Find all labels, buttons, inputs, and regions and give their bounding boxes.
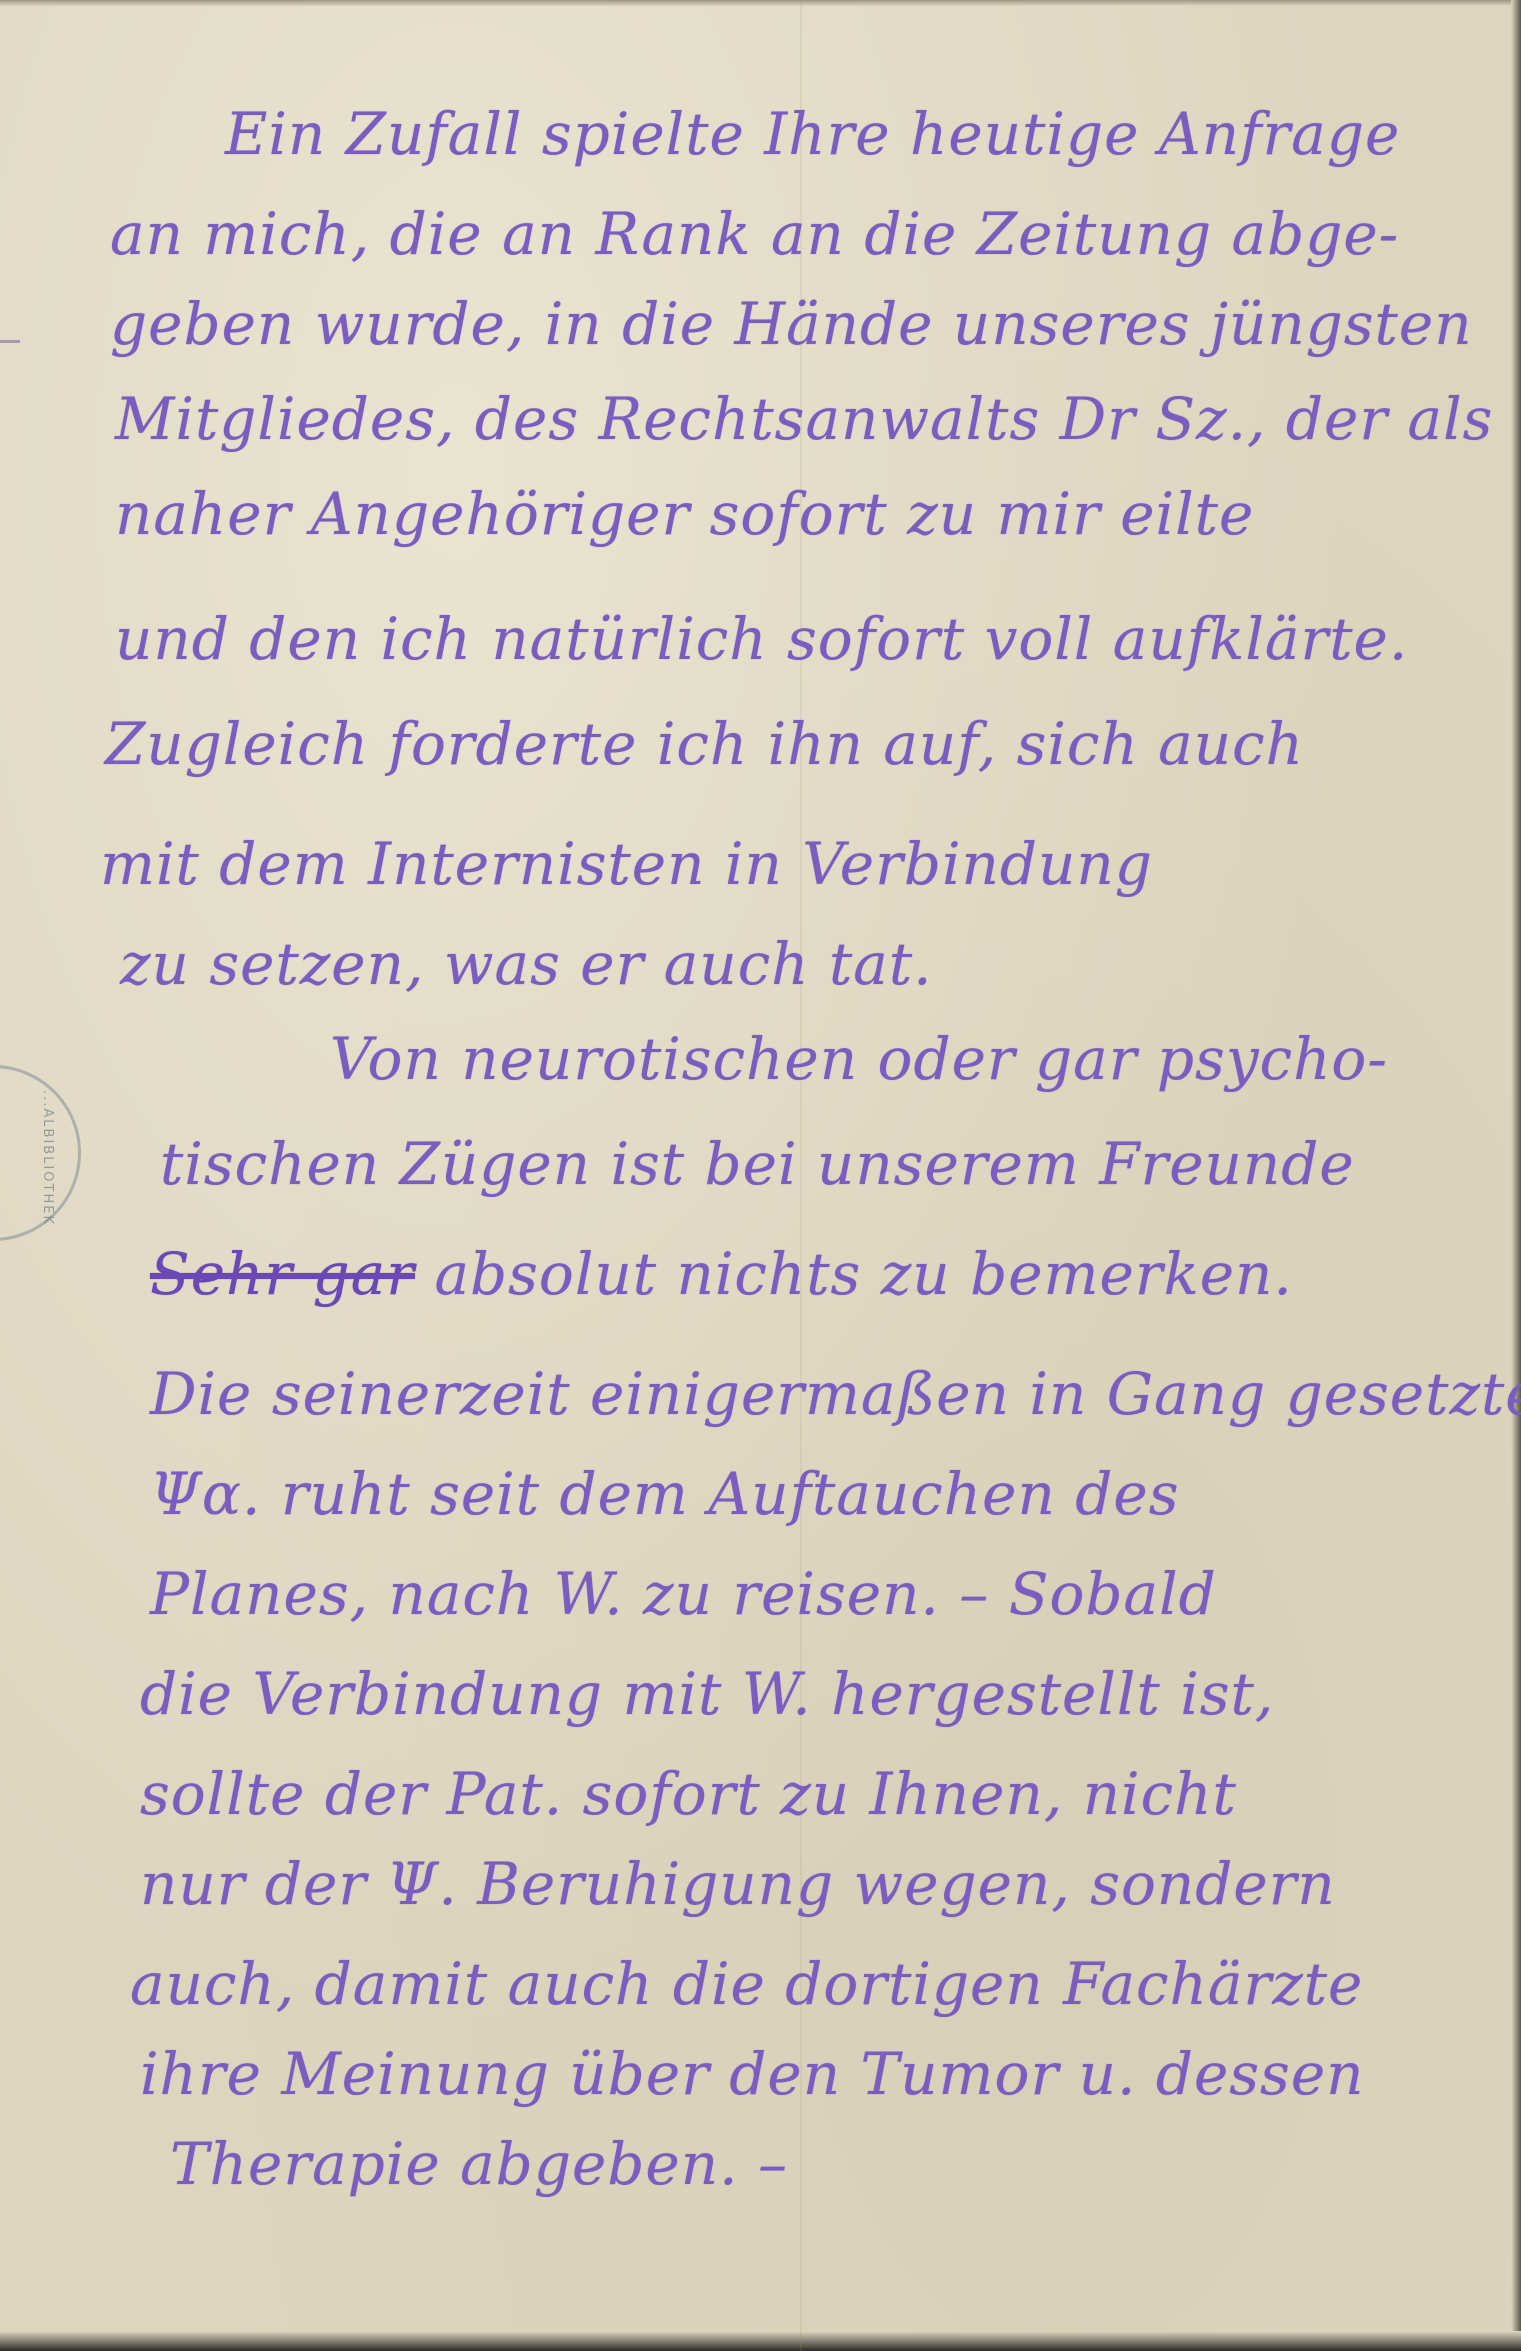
text-line: Von neurotischen oder gar psycho- [330,1025,1388,1093]
text-line: Planes, nach W. zu reisen. – Sobald [150,1560,1217,1628]
paper-top-edge [0,0,1521,6]
letter-page: ...ALBIBLIOTHEK Ein Zufall spielte Ihre … [0,0,1521,2351]
text-line: auch, damit auch die dortigen Fachärzte [130,1950,1363,2018]
text-line: Ein Zufall spielte Ihre heutige Anfrage [225,100,1400,168]
text-line: nur der Ψ. Beruhigung wegen, sondern [140,1850,1336,1918]
text-line: geben wurde, in die Hände unseres jüngst… [110,290,1473,358]
text-line: tischen Zügen ist bei unserem Freunde [160,1130,1355,1198]
text-line: und den ich natürlich sofort voll aufklä… [115,605,1408,673]
text-line: sollte der Pat. sofort zu Ihnen, nicht [140,1760,1237,1828]
text-line: die Verbindung mit W. hergestellt ist, [140,1660,1274,1728]
text-line: zu setzen, was er auch tat. [120,930,933,998]
paper-bottom-edge [0,2331,1521,2351]
text-line: Die seinerzeit einigermaßen in Gang gese… [150,1360,1521,1428]
paper-right-edge [1511,0,1521,2351]
struck-out-word: Sehr gar [150,1240,415,1308]
text-line-content: absolut nichts zu bemerken. [434,1240,1292,1308]
margin-mark [0,340,20,343]
text-line: ihre Meinung über den Tumor u. dessen [140,2040,1365,2108]
text-line: Zugleich forderte ich ihn auf, sich auch [105,710,1304,778]
text-line: naher Angehöriger sofort zu mir eilte [115,480,1254,548]
library-stamp-text: ...ALBIBLIOTHEK [40,1090,55,1226]
text-line: Ψα. ruht seit dem Auftauchen des [150,1460,1179,1528]
text-line: Mitgliedes, des Rechtsanwalts Dr Sz., de… [115,385,1493,453]
text-line: Therapie abgeben. – [170,2130,788,2198]
text-line: an mich, die an Rank an die Zeitung abge… [110,200,1399,268]
text-line: Sehr gar absolut nichts zu bemerken. [150,1240,1293,1308]
text-line: mit dem Internisten in Verbindung [100,830,1153,898]
